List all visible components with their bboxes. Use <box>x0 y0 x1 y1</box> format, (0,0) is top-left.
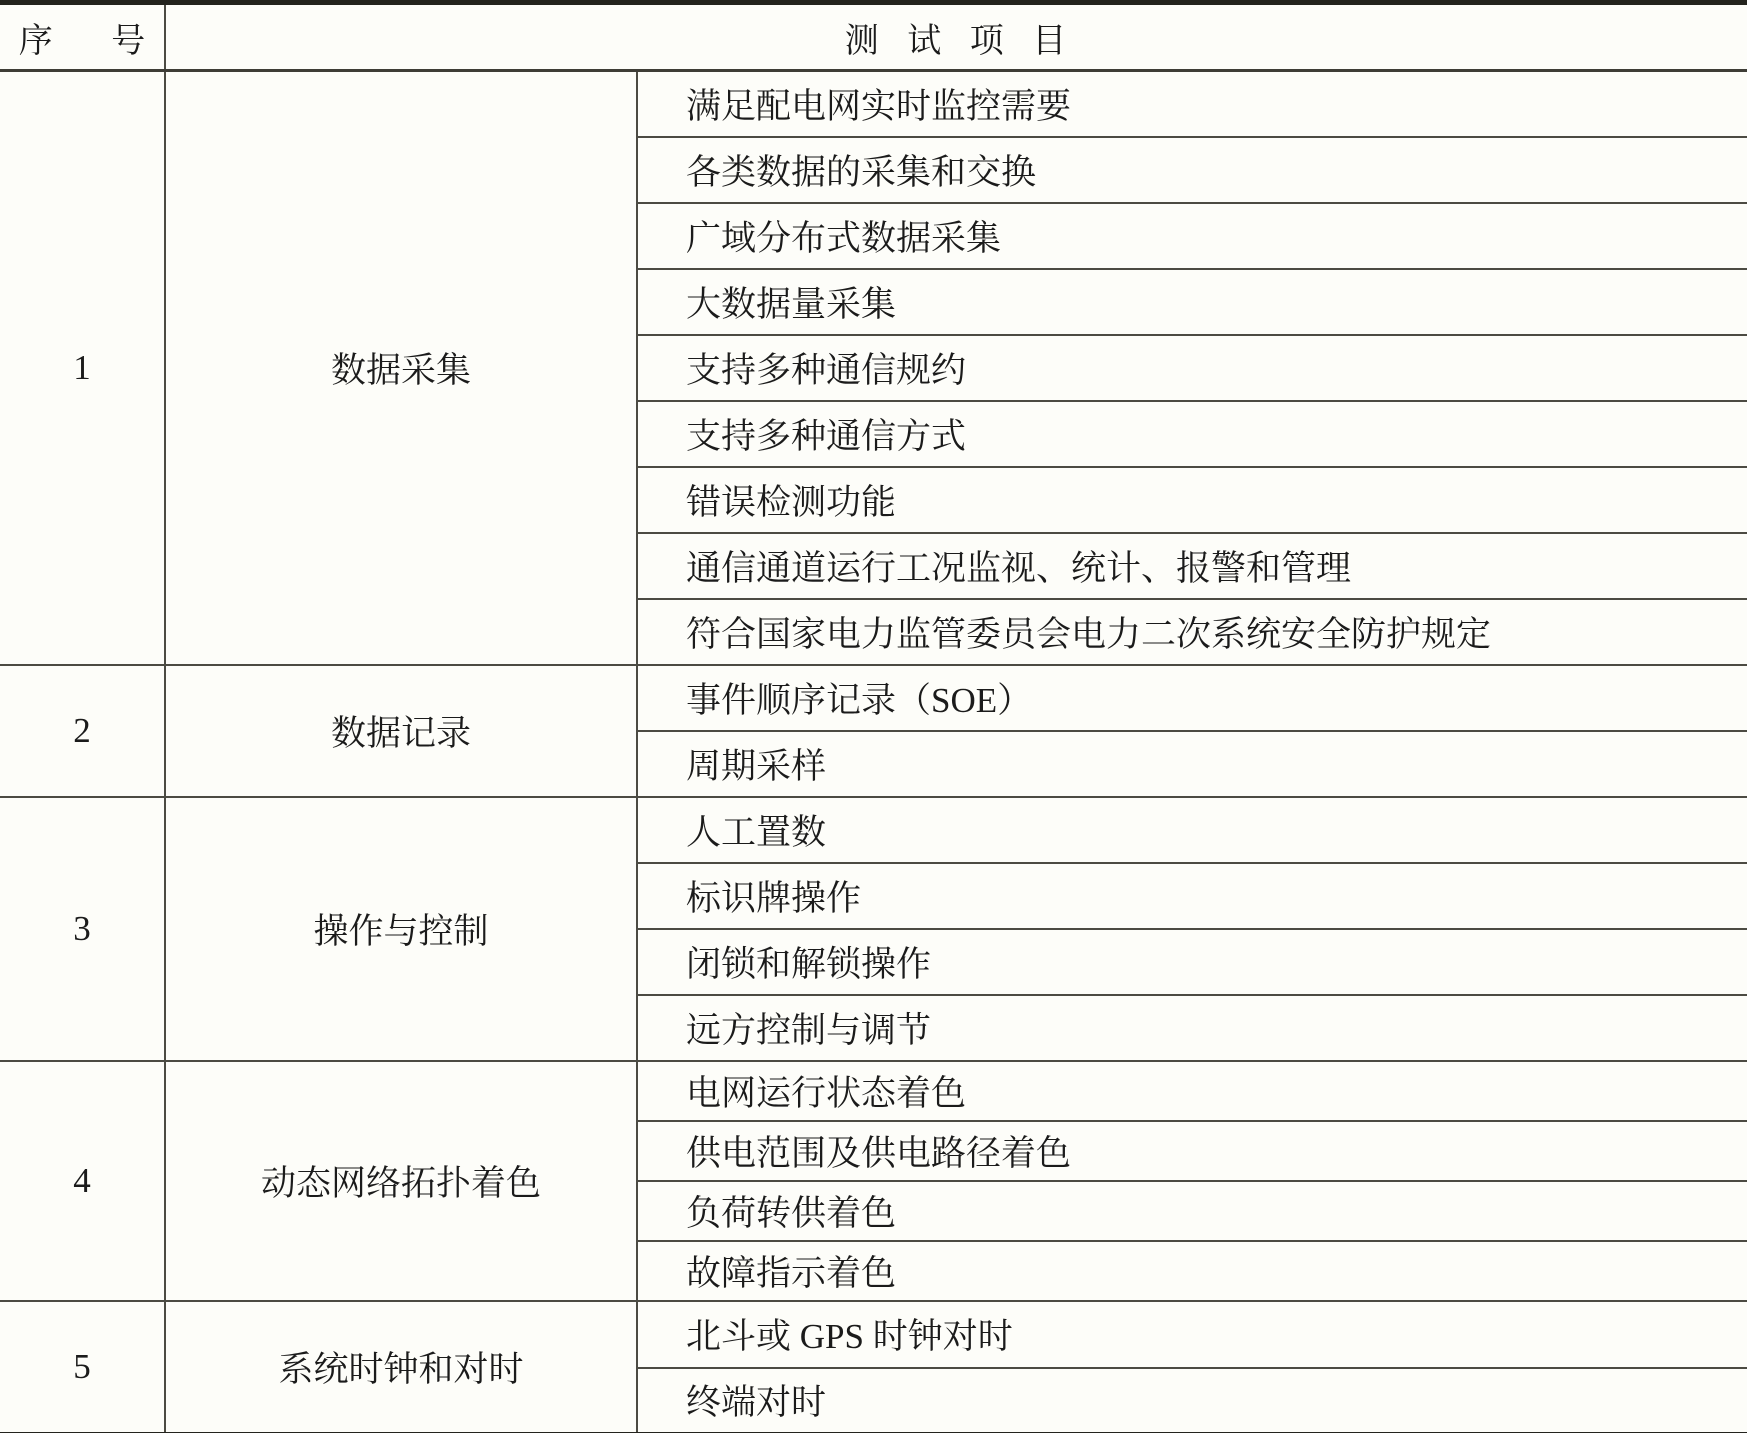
item-cell: 负荷转供着色 <box>637 1181 1747 1241</box>
table-row: 3 操作与控制 人工置数 <box>0 797 1747 863</box>
item-cell: 标识牌操作 <box>637 863 1747 929</box>
item-cell: 闭锁和解锁操作 <box>637 929 1747 995</box>
category-cell: 数据记录 <box>165 665 637 797</box>
item-cell: 支持多种通信规约 <box>637 335 1747 401</box>
item-cell: 满足配电网实时监控需要 <box>637 71 1747 137</box>
serial-cell: 3 <box>0 797 165 1061</box>
item-cell: 人工置数 <box>637 797 1747 863</box>
category-cell: 系统时钟和对时 <box>165 1301 637 1433</box>
test-items-table: 序 号 测 试 项 目 1 数据采集 满足配电网实时监控需要 各类数据的采集和交… <box>0 0 1747 1433</box>
table-row: 2 数据记录 事件顺序记录（SOE） <box>0 665 1747 731</box>
table-row: 4 动态网络拓扑着色 电网运行状态着色 <box>0 1061 1747 1121</box>
item-cell: 错误检测功能 <box>637 467 1747 533</box>
item-cell: 通信通道运行工况监视、统计、报警和管理 <box>637 533 1747 599</box>
test-items-header: 测 试 项 目 <box>165 3 1747 71</box>
table-row: 5 系统时钟和对时 北斗或 GPS 时钟对时 <box>0 1301 1747 1368</box>
item-cell: 事件顺序记录（SOE） <box>637 665 1747 731</box>
serial-cell: 2 <box>0 665 165 797</box>
item-cell: 周期采样 <box>637 731 1747 797</box>
category-cell: 数据采集 <box>165 71 637 665</box>
document-page: 序 号 测 试 项 目 1 数据采集 满足配电网实时监控需要 各类数据的采集和交… <box>0 0 1747 1433</box>
item-cell: 符合国家电力监管委员会电力二次系统安全防护规定 <box>637 599 1747 665</box>
serial-cell: 5 <box>0 1301 165 1433</box>
item-cell: 电网运行状态着色 <box>637 1061 1747 1121</box>
serial-cell: 1 <box>0 71 165 665</box>
item-cell: 远方控制与调节 <box>637 995 1747 1061</box>
category-cell: 动态网络拓扑着色 <box>165 1061 637 1301</box>
item-cell: 支持多种通信方式 <box>637 401 1747 467</box>
item-cell: 故障指示着色 <box>637 1241 1747 1301</box>
serial-number-header: 序 号 <box>0 3 165 71</box>
item-cell: 各类数据的采集和交换 <box>637 137 1747 203</box>
item-cell: 终端对时 <box>637 1368 1747 1433</box>
table-header-row: 序 号 测 试 项 目 <box>0 3 1747 71</box>
table-row: 1 数据采集 满足配电网实时监控需要 <box>0 71 1747 137</box>
item-cell: 大数据量采集 <box>637 269 1747 335</box>
item-cell: 北斗或 GPS 时钟对时 <box>637 1301 1747 1368</box>
serial-cell: 4 <box>0 1061 165 1301</box>
category-cell: 操作与控制 <box>165 797 637 1061</box>
item-cell: 供电范围及供电路径着色 <box>637 1121 1747 1181</box>
item-cell: 广域分布式数据采集 <box>637 203 1747 269</box>
